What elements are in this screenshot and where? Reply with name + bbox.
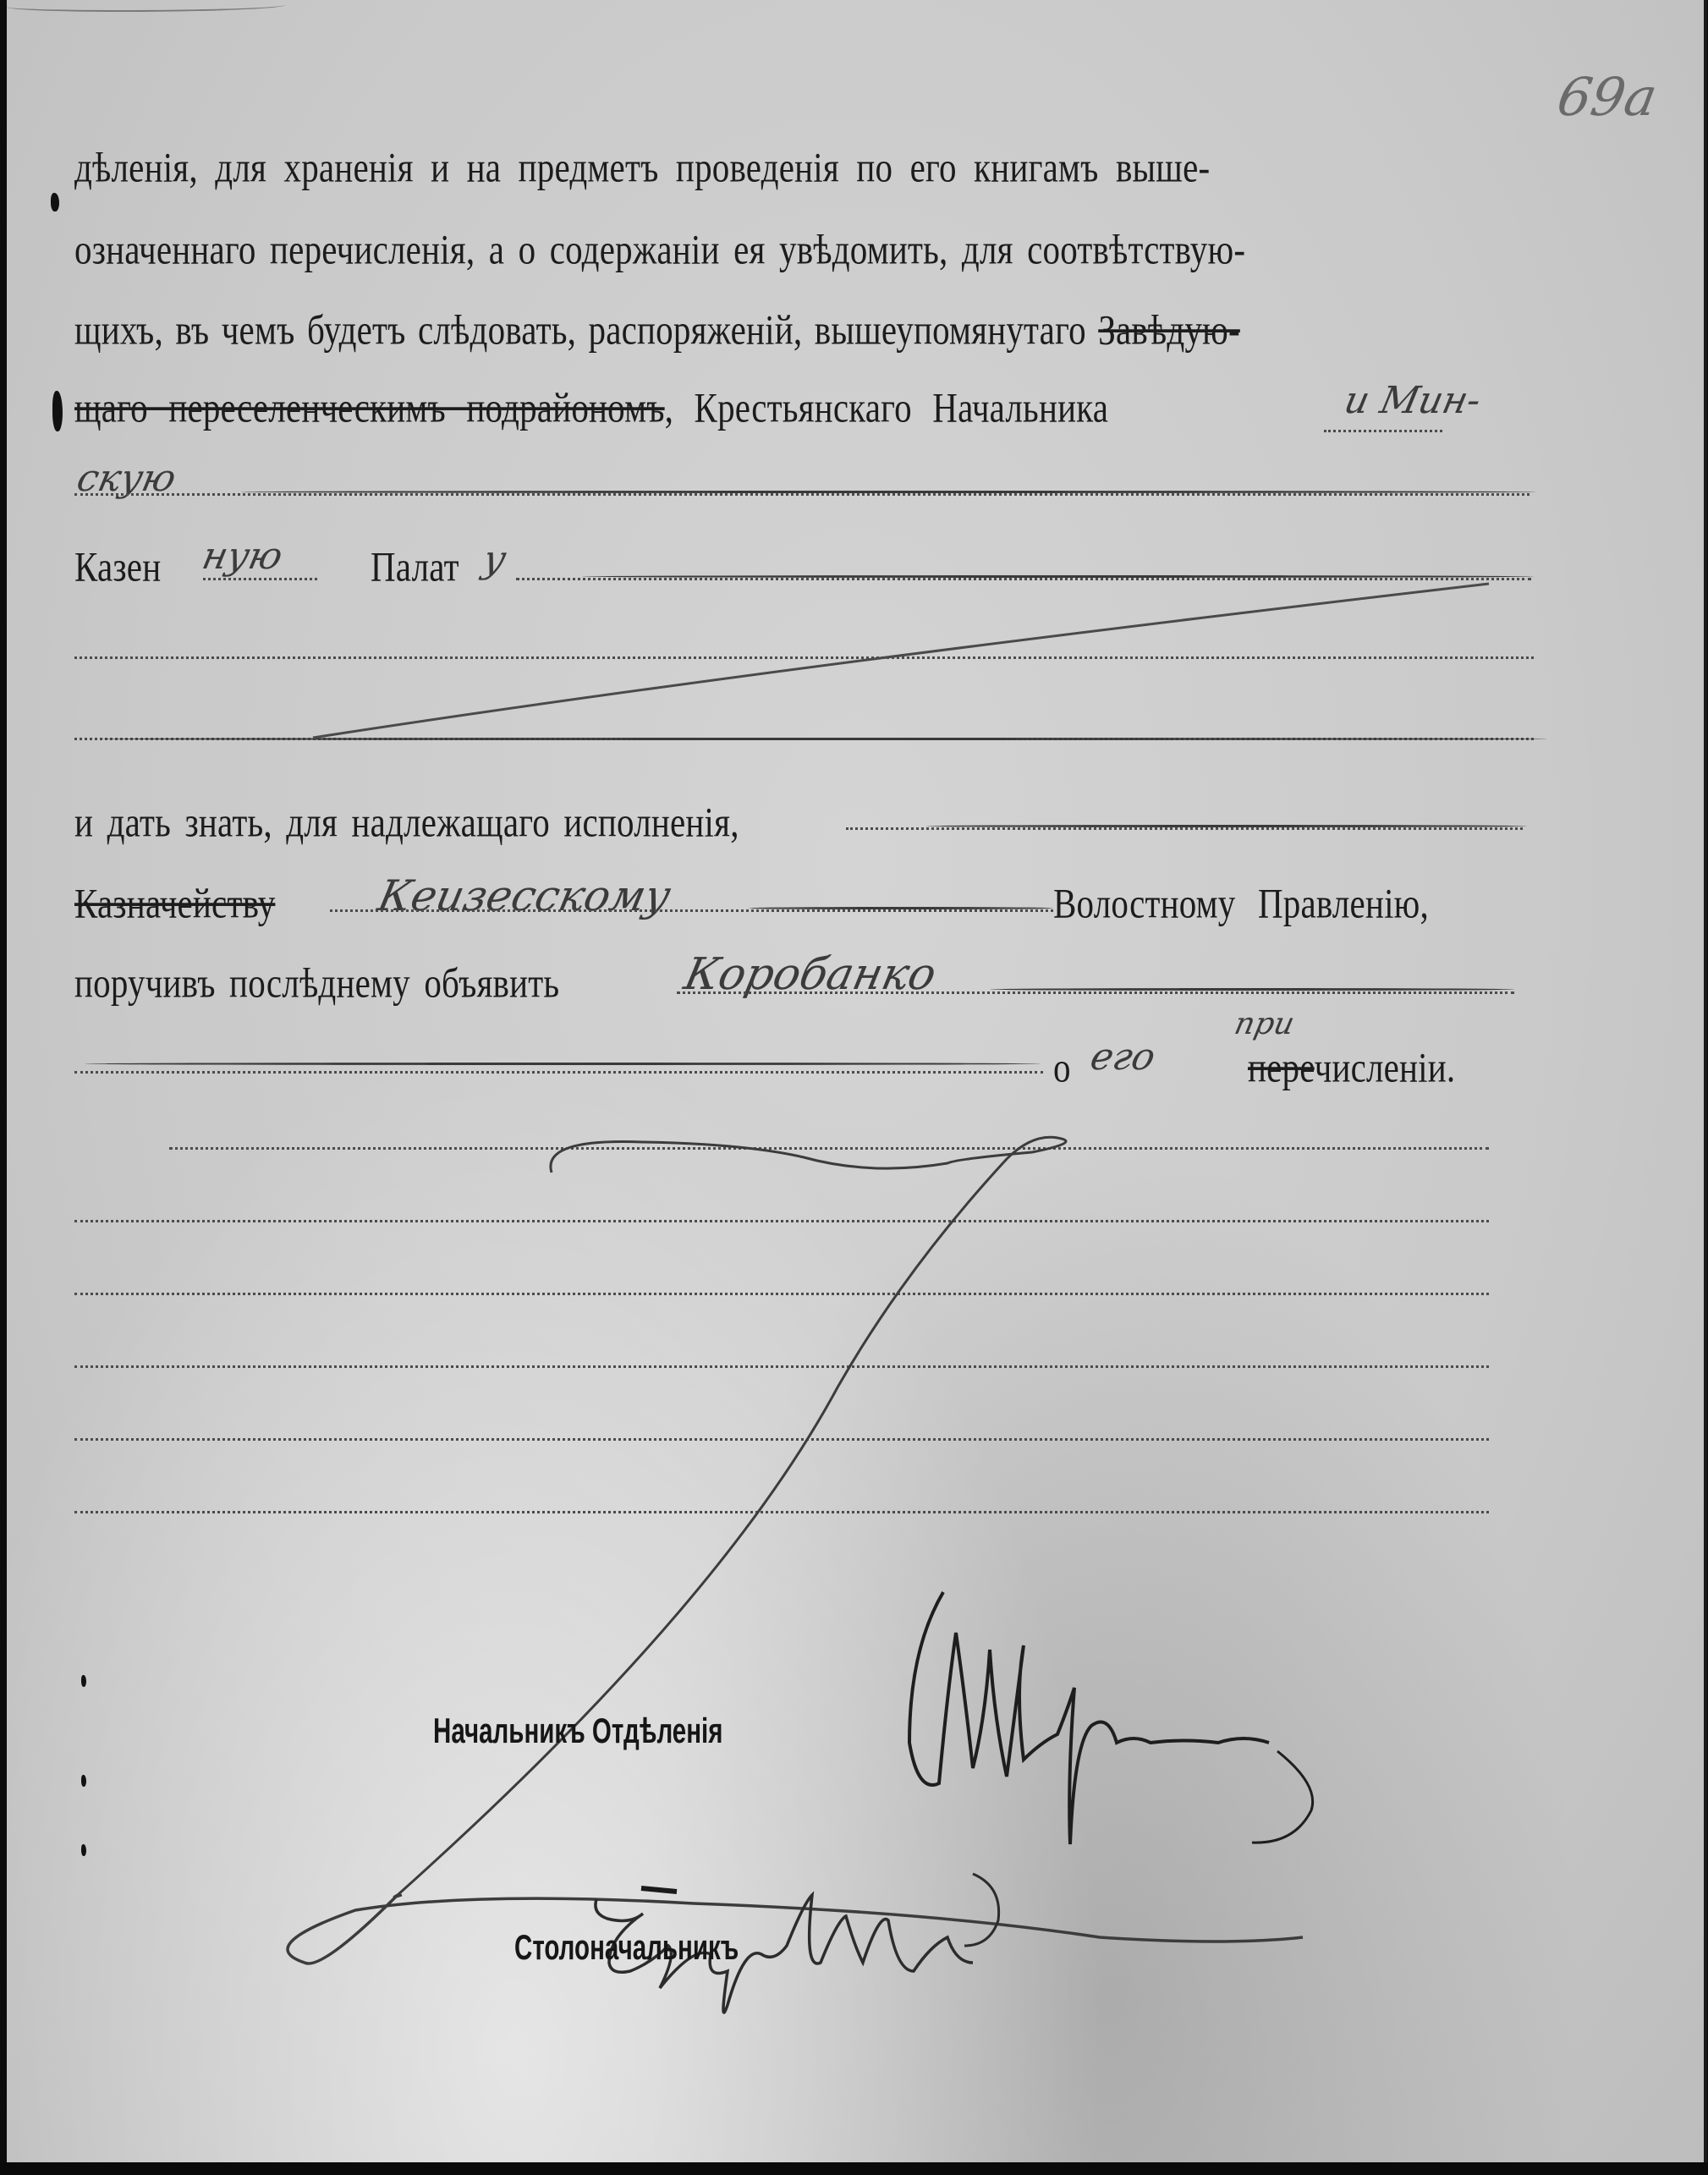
pen-cancellation-strokes [0, 0, 1708, 2175]
scan-border [0, 2162, 1708, 2175]
chief-title-label: Начальникъ Отдѣленія [433, 1711, 722, 1751]
clerk-title-label: Столоначальникъ [514, 1927, 739, 1968]
